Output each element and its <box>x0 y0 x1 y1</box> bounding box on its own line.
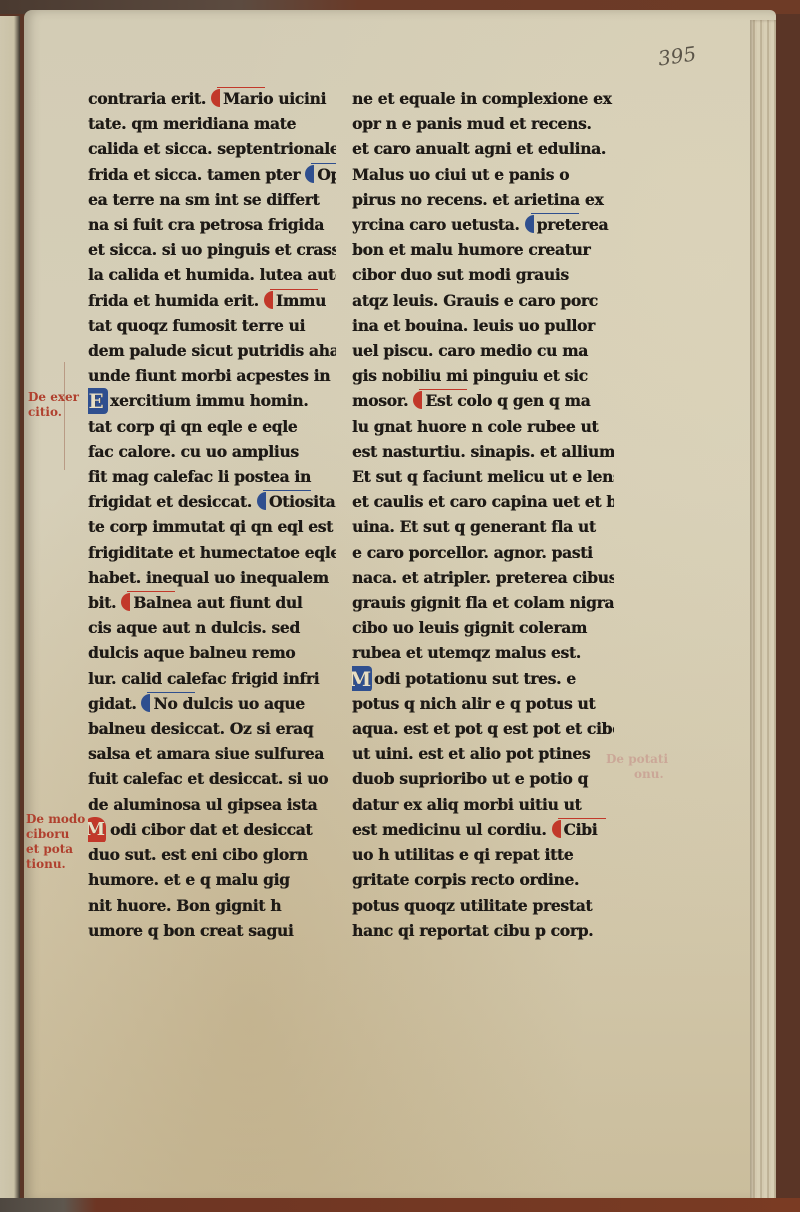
text-line: unde fiunt morbi acpestes in <box>88 363 336 388</box>
text-line: naca. et atripler. preterea cibus <box>352 565 614 590</box>
text-line: bit. Balnea aut fiunt dul <box>88 590 336 615</box>
text-line: uina. Et sut q generant fla ut <box>352 514 614 539</box>
marginal-note-food-drink: De modo ciboru et pota tionu. <box>26 812 85 872</box>
text-line: de aluminosa ul gipsea ista <box>88 792 336 817</box>
red-paragraph-mark-icon <box>211 89 220 107</box>
text-line: rubea et utemqz malus est. <box>352 640 614 665</box>
text-line: salsa et amara siue sulfurea <box>88 741 336 766</box>
text-line: tat corp qi qn eqle e eqle <box>88 414 336 439</box>
text-line: Et sut q faciunt melicu ut e lens. <box>352 464 614 489</box>
text-line: te corp immutat qi qn eql est <box>88 514 336 539</box>
guide-line-decoration <box>64 362 65 470</box>
text-line: bon et malu humore creatur <box>352 237 614 262</box>
text-line: contraria erit. Mario uicini <box>88 86 336 111</box>
text-line: dem palude sicut putridis ahan <box>88 338 336 363</box>
text-line: Exercitium immu homin. <box>88 388 336 413</box>
marginal-note-faded: De potati onu. <box>606 752 668 782</box>
decorated-initial-m: M <box>352 666 372 691</box>
text-line: et caulis et caro capina uet et bo <box>352 489 614 514</box>
text-line: Malus uo ciui ut e panis o <box>352 162 614 187</box>
text-line: ne et equale in complexione ex <box>352 86 614 111</box>
text-line: opr n e panis mud et recens. <box>352 111 614 136</box>
text-line: e caro porcellor. agnor. pasti <box>352 540 614 565</box>
text-line: lur. calid calefac frigid infri <box>88 666 336 691</box>
text-line: habet. inequal uo inequalem <box>88 565 336 590</box>
red-paragraph-mark-icon <box>413 391 422 409</box>
text-line: et sicca. si uo pinguis et crassa <box>88 237 336 262</box>
text-line: Modi potationu sut tres. e <box>352 666 614 691</box>
text-line: dulcis aque balneu remo <box>88 640 336 665</box>
text-line: datur ex aliq morbi uitiu ut <box>352 792 614 817</box>
text-line: potus q nich alir e q potus ut <box>352 691 614 716</box>
red-paragraph-mark-icon <box>552 820 561 838</box>
text-line: grauis gignit fla et colam nigra. <box>352 590 614 615</box>
text-line: gis nobiliu mi pinguiu et sic <box>352 363 614 388</box>
text-line: calida et sicca. septentrionale <box>88 136 336 161</box>
text-line: hanc qi reportat cibu p corp. <box>352 918 614 943</box>
text-line: est medicinu ul cordiu. Cibi <box>352 817 614 842</box>
text-line: cis aque aut n dulcis. sed <box>88 615 336 640</box>
text-line: duo sut. est eni cibo glorn <box>88 842 336 867</box>
text-line: gidat. No dulcis uo aque <box>88 691 336 716</box>
red-paragraph-mark-icon <box>121 593 130 611</box>
red-paragraph-mark-icon <box>264 291 273 309</box>
text-line: frida et sicca. tamen pter Op <box>88 162 336 187</box>
text-line: la calida et humida. lutea aute <box>88 262 336 287</box>
text-line: mosor. Est colo q gen q ma <box>352 388 614 413</box>
text-line: frida et humida erit. Immu <box>88 288 336 313</box>
text-line: ut uini. est et alio pot ptines <box>352 741 614 766</box>
text-line: pirus no recens. et arietina ex <box>352 187 614 212</box>
text-line: duob suprioribo ut e potio q <box>352 766 614 791</box>
marginal-note-exercise: De exer citio. <box>28 390 79 420</box>
decorated-initial-e: E <box>88 388 108 413</box>
text-line: na si fuit cra petrosa frigida <box>88 212 336 237</box>
previous-leaf-edge <box>0 16 20 1200</box>
text-line: et caro anualt agni et edulina. <box>352 136 614 161</box>
text-line: fac calore. cu uo amplius <box>88 439 336 464</box>
text-line: fuit calefac et desiccat. si uo <box>88 766 336 791</box>
text-line: aqua. est et pot q est pot et cibo. <box>352 716 614 741</box>
blue-paragraph-mark-icon <box>305 165 314 183</box>
text-line: uel piscu. caro medio cu ma <box>352 338 614 363</box>
text-line: frigidat et desiccat. Otiosita <box>88 489 336 514</box>
text-line: humore. et e q malu gig <box>88 867 336 892</box>
text-line: frigiditate et humectatoe eqle <box>88 540 336 565</box>
blue-paragraph-mark-icon <box>141 694 150 712</box>
text-line: gritate corpis recto ordine. <box>352 867 614 892</box>
text-line: ina et bouina. leuis uo pullor <box>352 313 614 338</box>
text-line: umore q bon creat sagui <box>88 918 336 943</box>
text-column-right: ne et equale in complexione ex opr n e p… <box>352 86 614 943</box>
text-line: atqz leuis. Grauis e caro porc <box>352 288 614 313</box>
text-line: potus quoqz utilitate prestat <box>352 893 614 918</box>
text-line: ea terre na sm int se differt <box>88 187 336 212</box>
page-edges-stack <box>750 20 776 1212</box>
blue-paragraph-mark-icon <box>257 492 266 510</box>
text-line: nit huore. Bon gignit h <box>88 893 336 918</box>
text-line: uo h utilitas e qi repat itte <box>352 842 614 867</box>
text-line: yrcina caro uetusta. preterea <box>352 212 614 237</box>
text-line: cibo uo leuis gignit coleram <box>352 615 614 640</box>
text-line: lu gnat huore n cole rubee ut <box>352 414 614 439</box>
text-line: balneu desiccat. Oz si eraq <box>88 716 336 741</box>
text-line: tate. qm meridiana mate <box>88 111 336 136</box>
text-line: fit mag calefac li postea in <box>88 464 336 489</box>
text-line: Modi cibor dat et desiccat <box>88 817 336 842</box>
decorated-initial-m: M <box>88 817 106 842</box>
blue-paragraph-mark-icon <box>525 215 534 233</box>
text-line: tat quoqz fumosit terre ui <box>88 313 336 338</box>
text-line: est nasturtiu. sinapis. et allium. <box>352 439 614 464</box>
text-line: cibor duo sut modi grauis <box>352 262 614 287</box>
backdrop-bottom <box>0 1198 800 1212</box>
text-column-left: contraria erit. Mario uicini tate. qm me… <box>88 86 336 943</box>
